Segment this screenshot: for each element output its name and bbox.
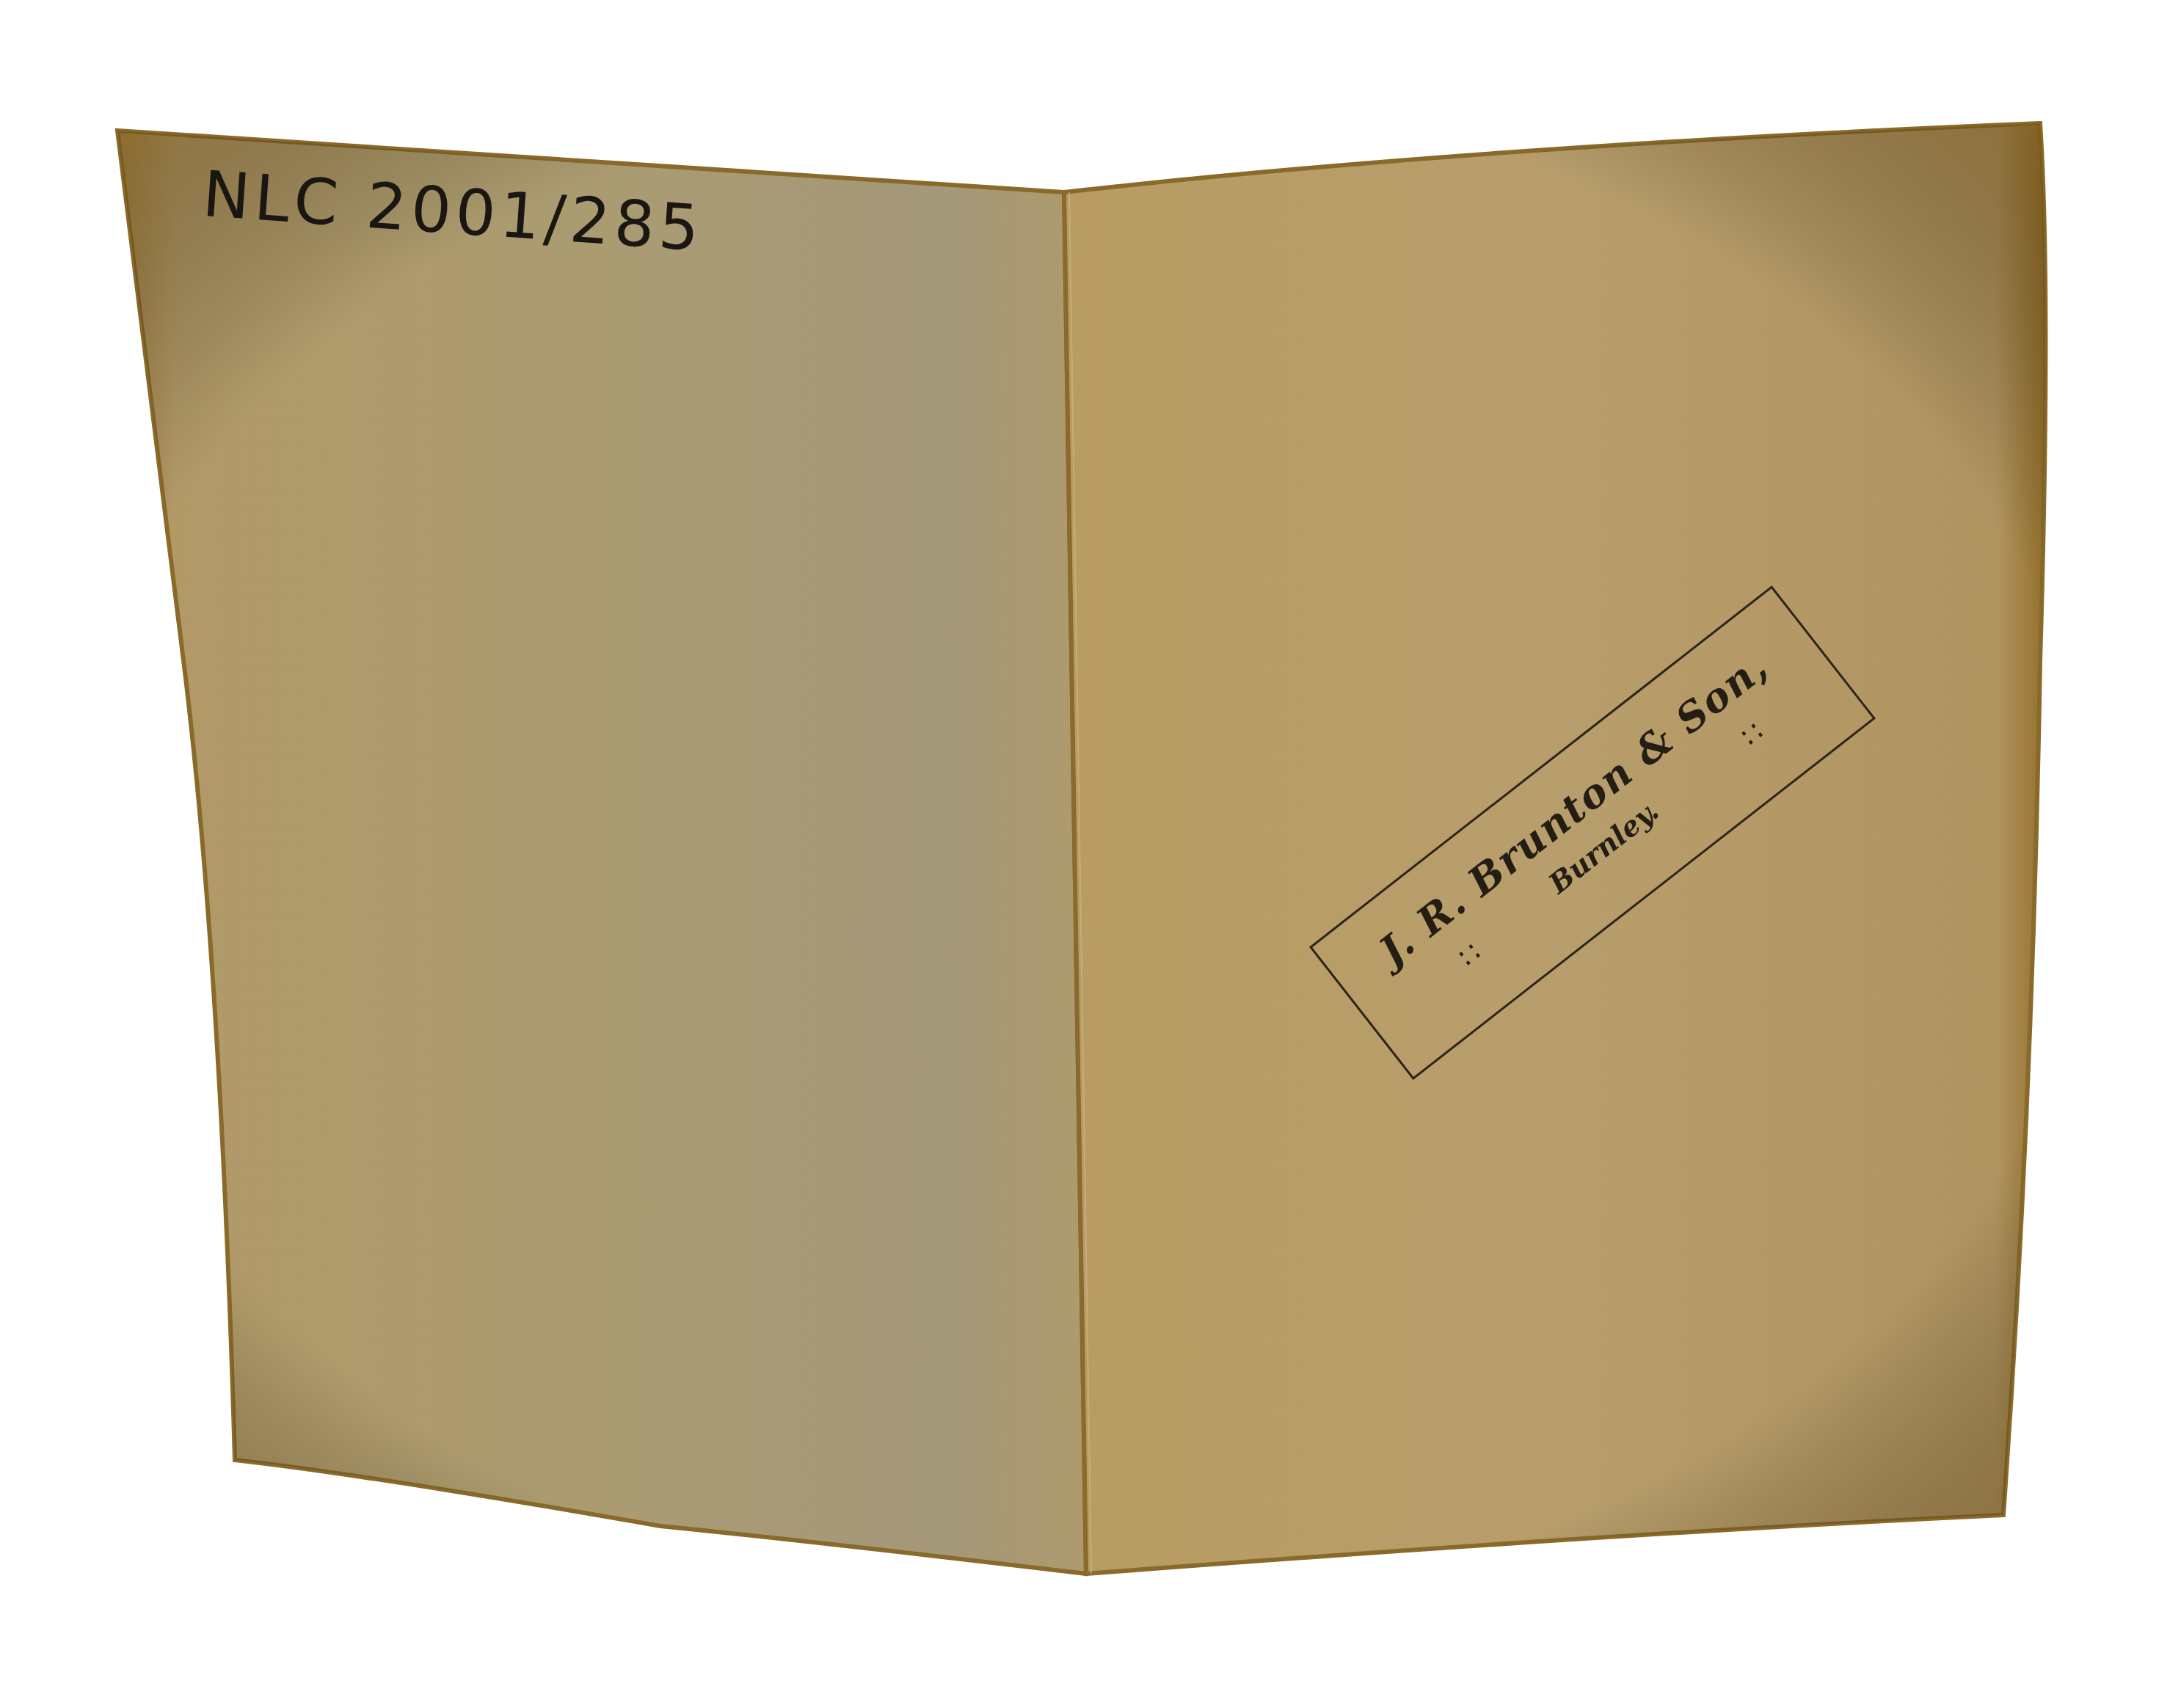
photo-stage: NLC 2001/285 J. R. Brunton & Son, Burnle… xyxy=(0,0,2181,1708)
folded-card xyxy=(0,0,2181,1708)
